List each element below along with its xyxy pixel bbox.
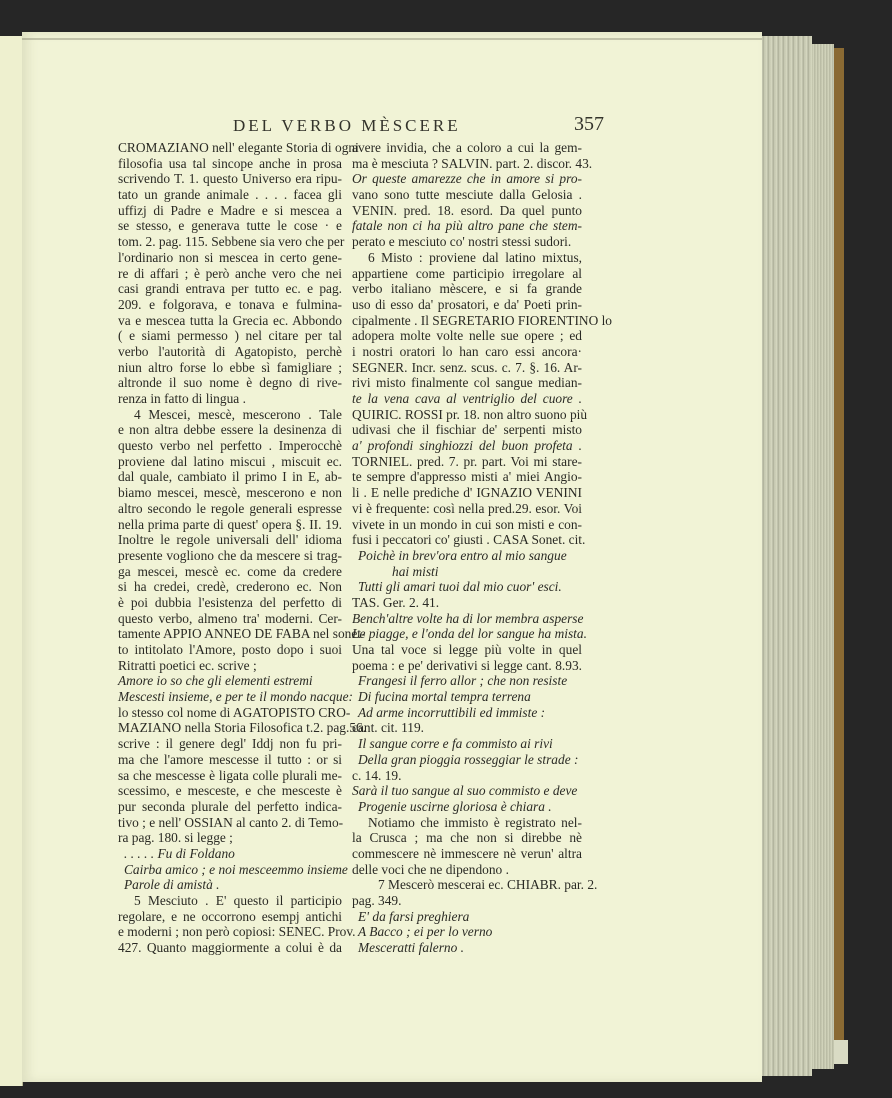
text-line: re di affari ; è però anche vero che nei (118, 266, 342, 282)
text-line: CROMAZIANO nell' elegante Storia di ogni (118, 140, 342, 156)
text-line: verbo l'autorità di Agatopisto, perchè (118, 344, 342, 360)
text-line: vivete in un mondo in cui son misti e co… (352, 517, 582, 533)
text-line: nella prima parte di quest' opera §. II.… (118, 517, 342, 533)
text-line: renza in fatto di lingua . (118, 391, 342, 407)
verse-line: A Bacco ; ei per lo verno (352, 924, 582, 940)
text-line: Inoltre le regole universali dell' idiom… (118, 532, 342, 548)
text-line: Ritratti poetici ec. scrive ; (118, 658, 342, 674)
text-line: adopera molte volte nelle sue opere ; ed (352, 328, 582, 344)
verse-line: Tutti gli amari tuoi dal mio cuor' esci. (352, 579, 582, 595)
text-line: ma che l'amore mescesse il tutto : or si (118, 752, 342, 768)
book-cover-edge (834, 48, 844, 1048)
section-4-start: 4 Mescei, mescè, mescerono . Tale (118, 407, 342, 423)
citation-line: c. 14. 19. (352, 768, 582, 784)
text-line: poema : e pe' derivativi si legge cant. … (352, 658, 582, 674)
text-line: se stesso, e generava tutte le cose · e (118, 218, 342, 234)
verse-line: Progenie uscirne gloriosa è chiara . (352, 799, 582, 815)
text-line: ma è mesciuta ? SALVIN. part. 2. discor.… (352, 156, 582, 172)
text-line: tom. 2. pag. 115. Sebbene sia vero che p… (118, 234, 342, 250)
text-line: vi è frequente: così nella pred.29. esor… (352, 501, 582, 517)
text-line: ( e siami permesso ) nel citare per tal (118, 328, 342, 344)
text-line: presente vogliono che da mescere si trag… (118, 548, 342, 564)
text-line: commescere nè immescere nè verun' altra (352, 846, 582, 862)
verse-line: Mescesti insieme, e per te il mondo nacq… (118, 689, 342, 705)
page-fold-line (22, 38, 762, 40)
page-block-edges (760, 36, 812, 1076)
text-line: Una tal voce si legge più volte in quel (352, 642, 582, 658)
text-line: TORNIEL. pred. 7. pr. part. Voi mi stare… (352, 454, 582, 470)
text-line: te la vena cava al ventriglio del cuore … (352, 391, 582, 407)
text-line: altro secondo le regole generali espress… (118, 501, 342, 517)
text-line: 427. Quanto maggiormente a colui è da (118, 940, 342, 956)
text-line: appartiene come participio irregolare al (352, 266, 582, 282)
page-number: 357 (574, 113, 604, 136)
text-line: pur seconda plurale del perfetto indica- (118, 799, 342, 815)
text-line: scrive : il genere degl' Iddj non fu pri… (118, 736, 342, 752)
text-line: VENIN. pred. 18. esord. Da quel punto (352, 203, 582, 219)
verse-line: hai misti (352, 564, 582, 580)
text-line: fatale non ci ha più altro pane che stem… (352, 218, 582, 234)
text-line: li . E nelle prediche d' IGNAZIO VENINI (352, 485, 582, 501)
text-line: niun altro forse lo ebbe sì famigliare ; (118, 360, 342, 376)
citation-line: TAS. Ger. 2. 41. (352, 595, 582, 611)
text-line: a' profondi singhiozzi del buon profeta … (352, 438, 582, 454)
verse-line: Il sangue corre e fa commisto ai rivi (352, 736, 582, 752)
verse-line: Frangesi il ferro allor ; che non resist… (352, 673, 582, 689)
verse-line: Le piagge, e l'onda del lor sangue ha mi… (352, 626, 582, 642)
text-line: la Crusca ; ma che non si direbbe nè (352, 830, 582, 846)
text-line: SEGNER. Incr. senz. scus. c. 7. §. 16. A… (352, 360, 582, 376)
text-line: uso di esso da' prosatori, e da' Poeti p… (352, 297, 582, 313)
text-line: tato un grande animale . . . . facea gli (118, 187, 342, 203)
text-line: to intitolato l'Amore, posto dopo i suoi (118, 642, 342, 658)
verse-line: Amore io so che gli elementi estremi (118, 673, 342, 689)
text-line: scrivendo T. 1. questo Universo era ripu… (118, 171, 342, 187)
verse-line: Parole di amistà . (118, 877, 342, 893)
verse-line: Ad arme incorruttibili ed immiste : (352, 705, 582, 721)
text-line: filosofia usa tal sincope anche in prosa (118, 156, 342, 172)
verse-line: Di fucina mortal tempra terrena (352, 689, 582, 705)
text-line: Or queste amarezze che in amore si pro- (352, 171, 582, 187)
verse-line: Cairba amico ; e noi mesceemmo insieme (118, 862, 342, 878)
text-line: dal quale, cambiato il primo I in E, ab- (118, 469, 342, 485)
text-line: MAZIANO nella Storia Filosofica t.2. pag… (118, 720, 342, 736)
text-line: è poi dubbia l'esistenza del perfetto di (118, 595, 342, 611)
text-line: casi grandi entrava per tutto ec. e pag. (118, 281, 342, 297)
text-line: Notiamo che immisto è registrato nel- (352, 815, 582, 831)
text-line: altronde il suo nome è degno di rive- (118, 375, 342, 391)
cover-corner (834, 1040, 848, 1064)
text-line: questo verbo nel perfetto . Imperocchè (118, 438, 342, 454)
section-6-start: 6 Misto : proviene dal latino mixtus, (352, 250, 582, 266)
verse-line: Mesceratti falerno . (352, 940, 582, 956)
text-line: va e mescea tutta la Grecia ec. Abbondo (118, 313, 342, 329)
verse-line: . . . . . Fu di Foldano (118, 846, 342, 862)
text-line: udivasi che il fischiar de' serpenti mis… (352, 422, 582, 438)
text-line: regolare, e ne occorrono esempj antichi (118, 909, 342, 925)
text-line: lo stesso col nome di AGATOPISTO CRO- (118, 705, 342, 721)
text-line: 209. e folgorava, e tonava e fulmina- (118, 297, 342, 313)
text-line: sa che mescesse è ligata colle plurali m… (118, 768, 342, 784)
text-line: vano sono tutte mesciute dalla Gelosia . (352, 187, 582, 203)
text-line: delle voci che ne dipendono . (352, 862, 582, 878)
citation-line: cant. cit. 119. (352, 720, 582, 736)
text-line: e non altra debbe essere la desinenza di (118, 422, 342, 438)
text-line: tamente APPIO ANNEO DE FABA nel sonet- (118, 626, 342, 642)
text-line: questo verbo, almeno tra' moderni. Cer- (118, 611, 342, 627)
text-line: cipalmente . Il SEGRETARIO FIORENTINO lo (352, 313, 582, 329)
text-line: i nostri oratori lo han caro essi ancora… (352, 344, 582, 360)
left-column: CROMAZIANO nell' elegante Storia di ogni… (118, 140, 342, 956)
verse-line: Sarà il tuo sangue al suo commisto e dev… (352, 783, 582, 799)
text-line: rivi misto finalmente col sangue median- (352, 375, 582, 391)
text-line: tivo ; e nell' OSSIAN al canto 2. di Tem… (118, 815, 342, 831)
text-line: scessimo, e mesceste, e che mesceste è (118, 783, 342, 799)
text-line: QUIRIC. ROSSI pr. 18. non altro suono pi… (352, 407, 582, 423)
text-line: ga mescei, mescè ec. come da credere (118, 564, 342, 580)
page-block-edges-back (812, 44, 834, 1069)
facing-page-edge (0, 36, 23, 1086)
right-column: avere invidia, che a coloro a cui la gem… (352, 140, 582, 956)
text-line: proviene dal latino miscui , miscuit ec. (118, 454, 342, 470)
citation-line: pag. 349. (352, 893, 582, 909)
text-line: biamo mescei, mescè, mescerono e non (118, 485, 342, 501)
text-line: ra pag. 180. si legge ; (118, 830, 342, 846)
section-7-start: 7 Mescerò mescerai ec. CHIABR. par. 2. (352, 877, 582, 893)
text-line: avere invidia, che a coloro a cui la gem… (352, 140, 582, 156)
verse-line: Bench'altre volte ha di lor membra asper… (352, 611, 582, 627)
text-line: l'ordinario non si mescea in certo gene- (118, 250, 342, 266)
text-line: verbo italiano mèscere, e si fa grande (352, 281, 582, 297)
verse-line: E' da farsi preghiera (352, 909, 582, 925)
running-head: DEL VERBO MÈSCERE (233, 116, 603, 136)
text-line: si ha credei, credè, crederono ec. Non (118, 579, 342, 595)
text-line: fusi i peccatori co' giusti . CASA Sonet… (352, 532, 582, 548)
text-line: e moderni ; non però copiosi: SENEC. Pro… (118, 924, 342, 940)
verse-line: Della gran pioggia rosseggiar le strade … (352, 752, 582, 768)
text-line: perato e mesciuto co' nostri stessi sudo… (352, 234, 582, 250)
verse-line: Poichè in brev'ora entro al mio sangue (352, 548, 582, 564)
section-5-start: 5 Mesciuto . E' questo il participio (118, 893, 342, 909)
text-line: te sempre d'appresso misti a' miei Angio… (352, 469, 582, 485)
text-line: uffizj di Padre e Madre e si mescea a (118, 203, 342, 219)
